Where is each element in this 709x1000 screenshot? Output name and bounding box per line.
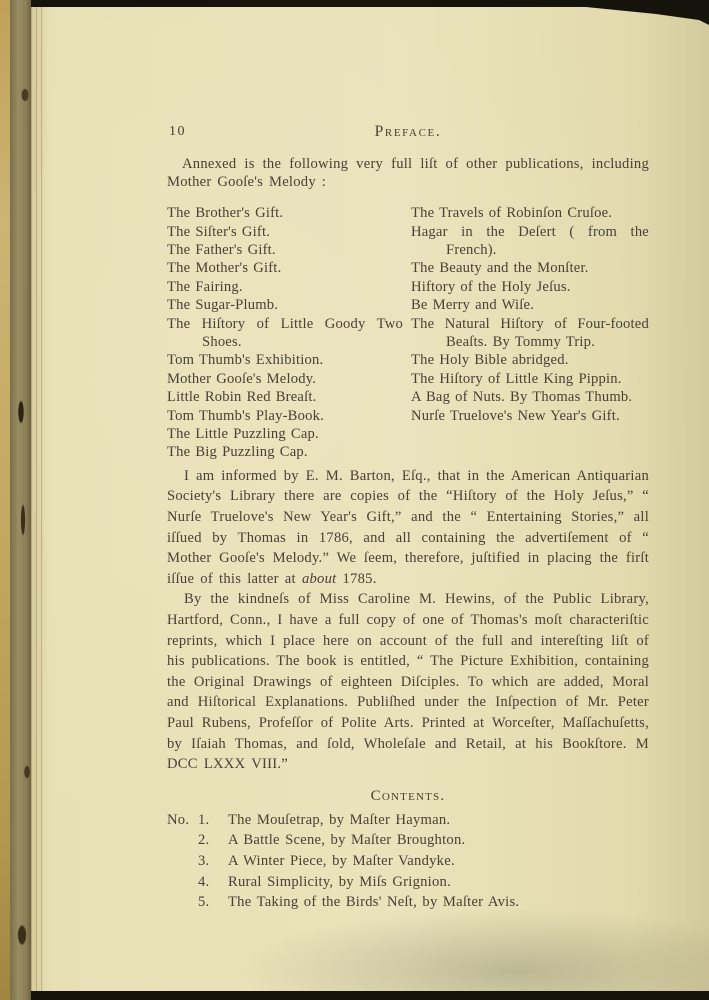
list-item: Little Robin Red Breaſt. [167, 388, 403, 406]
contents-title: The Taking of the Birds' Neſt, by Maſter… [228, 892, 649, 913]
list-item: The Beauty and the Monſter. [411, 259, 649, 277]
contents-no-label [167, 892, 198, 913]
contents-no-label [167, 851, 198, 872]
paragraph: By the kindneſs of Miss Caroline M. Hewi… [167, 589, 649, 774]
list-item: Tom Thumb's Play-Book. [167, 407, 403, 425]
list-item: A Bag of Nuts. By Thomas Thumb. [411, 388, 649, 406]
running-header: Preface. [167, 123, 649, 141]
contents-row: 3. A Winter Piece, by Maſter Vandyke. [167, 851, 649, 872]
list-item: The Sugar-Plumb. [167, 296, 403, 314]
list-item: The Travels of Robinſon Cruſoe. [411, 204, 649, 222]
list-item: Nurſe Truelove's New Year's Gift. [411, 407, 649, 425]
paragraph: I am informed by E. M. Barton, Eſq., tha… [167, 466, 649, 590]
list-item: The Mother's Gift. [167, 259, 403, 277]
contents-list: No. 1. The Mouſetrap, by Maſter Hayman. … [167, 810, 649, 913]
contents-row: 5. The Taking of the Birds' Neſt, by Maſ… [167, 892, 649, 913]
contents-row: No. 1. The Mouſetrap, by Maſter Hayman. [167, 810, 649, 831]
page-content: 10 Preface. Annexed is the following ver… [167, 123, 649, 913]
page-header: 10 Preface. [167, 123, 649, 141]
publication-list-right: The Travels of Robinſon Cruſoe. Hagar in… [411, 204, 649, 462]
contents-title: A Winter Piece, by Maſter Vandyke. [228, 851, 649, 872]
list-item: Tom Thumb's Exhibition. [167, 351, 403, 369]
intro-paragraph: Annexed is the following very full liſt … [167, 156, 649, 191]
contents-row: 4. Rural Simplicity, by Miſs Grignion. [167, 872, 649, 893]
contents-no-label: No. [167, 810, 198, 831]
contents-heading: Contents. [167, 788, 649, 805]
list-item: Hiftory of the Holy Jeſus. [411, 278, 649, 296]
contents-number: 5. [198, 892, 228, 913]
book-cover-edge [0, 0, 10, 1000]
list-item: The Siſter's Gift. [167, 223, 403, 241]
contents-no-label [167, 830, 198, 851]
list-item: The Little Puzzling Cap. [167, 425, 403, 443]
list-item: The Hiſtory of Little Goody Two Shoes. [167, 315, 403, 352]
list-item: Be Merry and Wiſe. [411, 296, 649, 314]
contents-no-label [167, 872, 198, 893]
contents-row: 2. A Battle Scene, by Maſter Broughton. [167, 830, 649, 851]
contents-number: 3. [198, 851, 228, 872]
contents-title: The Mouſetrap, by Maſter Hayman. [228, 810, 649, 831]
book-scan: 10 Preface. Annexed is the following ver… [0, 0, 709, 1000]
contents-title: A Battle Scene, by Maſter Broughton. [228, 830, 649, 851]
page: 10 Preface. Annexed is the following ver… [31, 7, 709, 991]
list-item: Mother Gooſe's Melody. [167, 370, 403, 388]
publication-list-left: The Brother's Gift. The Siſter's Gift. T… [167, 204, 403, 462]
list-item: The Natural Hiſtory of Four-footed Beaſt… [411, 315, 649, 352]
list-item: Hagar in the Deſert ( from the French). [411, 223, 649, 260]
publication-list: The Brother's Gift. The Siſter's Gift. T… [167, 204, 649, 462]
contents-number: 1. [198, 810, 228, 831]
book-spine [10, 0, 31, 1000]
contents-number: 4. [198, 872, 228, 893]
contents-number: 2. [198, 830, 228, 851]
page-edge-lines [31, 7, 46, 991]
list-item: The Holy Bible abridged. [411, 351, 649, 369]
list-item: The Father's Gift. [167, 241, 403, 259]
list-item: The Hiſtory of Little King Pippin. [411, 370, 649, 388]
list-item: The Brother's Gift. [167, 204, 403, 222]
list-item: The Big Puzzling Cap. [167, 443, 403, 461]
contents-title: Rural Simplicity, by Miſs Grignion. [228, 872, 649, 893]
list-item: The Fairing. [167, 278, 403, 296]
